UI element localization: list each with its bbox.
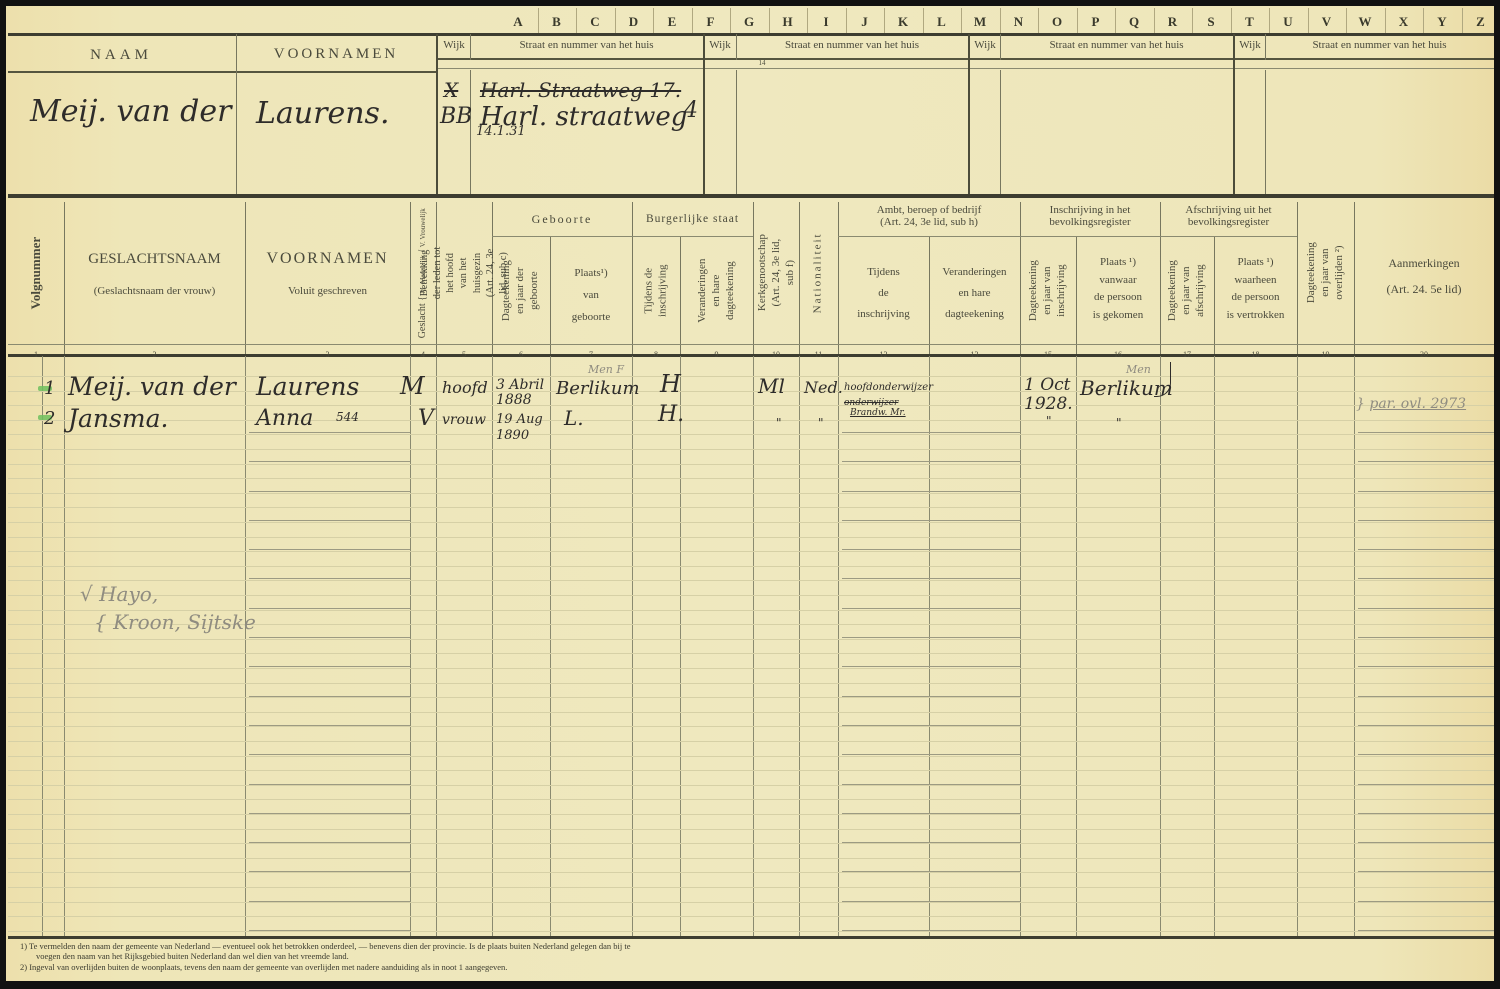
- column-number: 15: [1020, 350, 1076, 359]
- index-letter-l: L: [923, 14, 961, 30]
- beroep-group-header: Ambt, beroep of bedrijf (Art. 24, 3e lid…: [838, 204, 1020, 228]
- column-number: 1: [8, 350, 64, 359]
- beroep-tijdens-header: Tijdens de inschrijving: [838, 262, 929, 325]
- column-number: 10: [753, 350, 799, 359]
- index-letter-t: T: [1231, 14, 1269, 30]
- index-letter-h: H: [769, 14, 807, 30]
- register-card: ABCDEFGHIJKLMNOPQRSTUVWXYZ NAAM VOORNAME…: [6, 6, 1494, 981]
- voornamen-col-subheader: Voluit geschreven: [245, 284, 410, 298]
- index-letter-a: A: [499, 14, 537, 30]
- index-letter-b: B: [538, 14, 576, 30]
- index-letter-k: K: [884, 14, 922, 30]
- index-letter-s: S: [1192, 14, 1230, 30]
- street-label-1: Straat en nummer van het huis: [470, 38, 703, 52]
- inschrijving-datum-header: Dagteekening en jaar van inschrijving: [1020, 237, 1076, 344]
- geboorte-group-header: Geboorte: [492, 212, 632, 228]
- row1-geslachtsnaam: Meij. van der: [68, 372, 236, 401]
- wijk-label-1: Wijk: [438, 38, 470, 52]
- row2-aanmerkingen: } par. ovl. 2973: [1356, 396, 1466, 412]
- wijk-label-4: Wijk: [1234, 38, 1266, 52]
- geboorte-datum-header: Dagteekening en jaar der geboorte: [492, 237, 550, 344]
- row2-betrekking: vrouw: [442, 412, 486, 428]
- afschrijving-group-header: Afschrijving uit het bevolkingsregister: [1160, 204, 1297, 228]
- inschrijving-plaats-header: Plaats ¹) vanwaar de persoon is gekomen: [1076, 254, 1160, 324]
- row2-geslacht: V: [418, 406, 434, 431]
- column-number: 2: [64, 350, 245, 359]
- index-letter-j: J: [846, 14, 884, 30]
- index-letter-u: U: [1269, 14, 1307, 30]
- head-address-date: 14.1.31: [476, 124, 526, 139]
- pencil-note-line2: { Kroon, Sijtske: [94, 610, 256, 634]
- index-letter-x: X: [1385, 14, 1423, 30]
- row1-voornamen: Laurens: [256, 372, 359, 401]
- column-number: 4: [410, 350, 436, 359]
- head-voornamen: Laurens.: [256, 96, 389, 131]
- row2-voornamen: Anna: [256, 406, 313, 431]
- pencil-note-line1: √ Hayo,: [80, 582, 158, 606]
- wijk-label-3: Wijk: [969, 38, 1001, 52]
- column-number: 12: [838, 350, 929, 359]
- street-label-2: Straat en nummer van het huis: [736, 38, 968, 52]
- row2-beroep-struck: onderwijzer: [844, 398, 898, 408]
- head-wijk-old: X: [444, 78, 458, 102]
- street-label-3: Straat en nummer van het huis: [1000, 38, 1233, 52]
- index-letter-r: R: [1154, 14, 1192, 30]
- column-number: 7: [550, 350, 632, 359]
- afschrijving-datum-header: Dagteekening en jaar van afschrijving: [1160, 237, 1214, 344]
- index-letter-n: N: [1000, 14, 1038, 30]
- head-wijk-new: BB: [440, 104, 472, 129]
- voornamen-header: VOORNAMEN: [236, 45, 436, 65]
- inschrijving-group-header: Inschrijving in het bevolkingsregister: [1020, 204, 1160, 228]
- index-letter-g: G: [730, 14, 768, 30]
- voornamen-col-header: VOORNAMEN: [245, 249, 410, 270]
- row1-betrekking: hoofd: [442, 378, 488, 397]
- column-number: 16: [1076, 350, 1160, 359]
- index-letter-o: O: [1038, 14, 1076, 30]
- column-number: 3: [245, 350, 410, 359]
- overlijden-header: Dagteekening en jaar van overlijden ²): [1297, 202, 1354, 344]
- index-letter-q: Q: [1115, 14, 1153, 30]
- row2-kerkgenootschap: ": [776, 416, 782, 430]
- index-letter-z: Z: [1462, 14, 1500, 30]
- head-street-number: 4: [684, 98, 698, 123]
- index-letter-f: F: [692, 14, 730, 30]
- row1-inschrijving-plaats-note: Men: [1126, 363, 1151, 376]
- burgerlijke-tijdens-header: Tijdens de inschrijving: [632, 237, 680, 344]
- street-label-4: Straat en nummer van het huis: [1265, 38, 1494, 52]
- index-letter-v: V: [1308, 14, 1346, 30]
- row1-geboorte-datum: 3 Abril 1888: [496, 378, 556, 409]
- index-letter-w: W: [1346, 14, 1384, 30]
- index-letter-c: C: [576, 14, 614, 30]
- column-number: 5: [436, 350, 492, 359]
- column-number: 20: [1354, 350, 1494, 359]
- betrekking-header: Betrekking der leden tot het hoofd van h…: [436, 202, 492, 344]
- column-number: 6: [492, 350, 550, 359]
- geslachtsnaam-subheader: (Geslachtsnaam der vrouw): [64, 284, 245, 298]
- row2-inschrijving-datum: ": [1046, 414, 1052, 428]
- afschrijving-plaats-header: Plaats ¹) waarheen de persoon is vertrok…: [1214, 254, 1297, 324]
- small-form-number: 14: [754, 59, 770, 68]
- burgerlijke-staat-group-header: Burgerlijke staat: [632, 212, 753, 227]
- row2-beroep-extra: Brandw. Mr.: [850, 408, 906, 418]
- geboorte-plaats-header: Plaats¹) van geboorte: [550, 262, 632, 328]
- row1-nationaliteit: Ned.: [804, 378, 843, 397]
- column-number: 11: [799, 350, 838, 359]
- head-naam: Meij. van der: [30, 94, 231, 129]
- row2-nationaliteit: ": [818, 416, 824, 430]
- index-letter-i: I: [807, 14, 845, 30]
- column-number: 9: [680, 350, 753, 359]
- column-number: 18: [1214, 350, 1297, 359]
- row1-geboorte-plaats-note: Men F: [588, 363, 624, 376]
- column-number: 19: [1297, 350, 1354, 359]
- row2-burgerlijke-staat: H.: [658, 402, 684, 427]
- volgnummer-header: Volgnummer: [8, 202, 64, 344]
- row2-geboorte-plaats: L.: [564, 406, 584, 430]
- row1-geboorte-plaats: Berlikum: [556, 378, 640, 399]
- burgerlijke-veranderingen-header: Veranderingen en hare dagteekening: [680, 237, 753, 344]
- geslachtsnaam-header: GESLACHTSNAAM: [64, 250, 245, 270]
- row1-volgnummer: 1: [44, 378, 55, 399]
- head-street-old: Harl. Straatweg 17.: [480, 78, 681, 102]
- row1-kerkgenootschap: Ml: [758, 374, 785, 398]
- index-letter-y: Y: [1423, 14, 1461, 30]
- index-letter-d: D: [615, 14, 653, 30]
- row1-inschrijving-datum: 1 Oct 1928.: [1024, 376, 1076, 413]
- row2-volgnummer: 2: [44, 408, 55, 429]
- column-number: 8: [632, 350, 680, 359]
- index-letter-p: P: [1077, 14, 1115, 30]
- row2-voornamen-note: 544: [336, 410, 359, 424]
- index-letter-m: M: [961, 14, 999, 30]
- row2-inschrijving-plaats: ": [1116, 416, 1122, 430]
- row2-geslachtsnaam: Jansma.: [68, 404, 168, 433]
- footnote-1-cont: voegen den naam van het Rijksgebied buit…: [36, 952, 349, 962]
- wijk-label-2: Wijk: [704, 38, 736, 52]
- kerkgenootschap-header: Kerkgenootschap (Art. 24, 3e lid, sub f): [753, 202, 799, 344]
- column-number: 17: [1160, 350, 1214, 359]
- column-number: 13: [929, 350, 1020, 359]
- aanmerkingen-header: Aanmerkingen (Art. 24. 5e lid): [1354, 250, 1494, 303]
- row1-burgerlijke-staat: H: [660, 370, 681, 398]
- nationaliteit-header: Nationaliteit: [799, 202, 838, 344]
- row2-geboorte-datum: 19 Aug 1890: [496, 412, 552, 443]
- footnote-2: 2) Ingeval van overlijden buiten de woon…: [20, 963, 507, 973]
- naam-header: NAAM: [6, 46, 236, 66]
- row1-beroep: hoofdonderwijzer: [844, 382, 933, 393]
- beroep-veranderingen-header: Veranderingen en hare dagteekening: [929, 262, 1020, 325]
- row1-geslacht: M: [400, 372, 425, 400]
- index-letter-e: E: [653, 14, 691, 30]
